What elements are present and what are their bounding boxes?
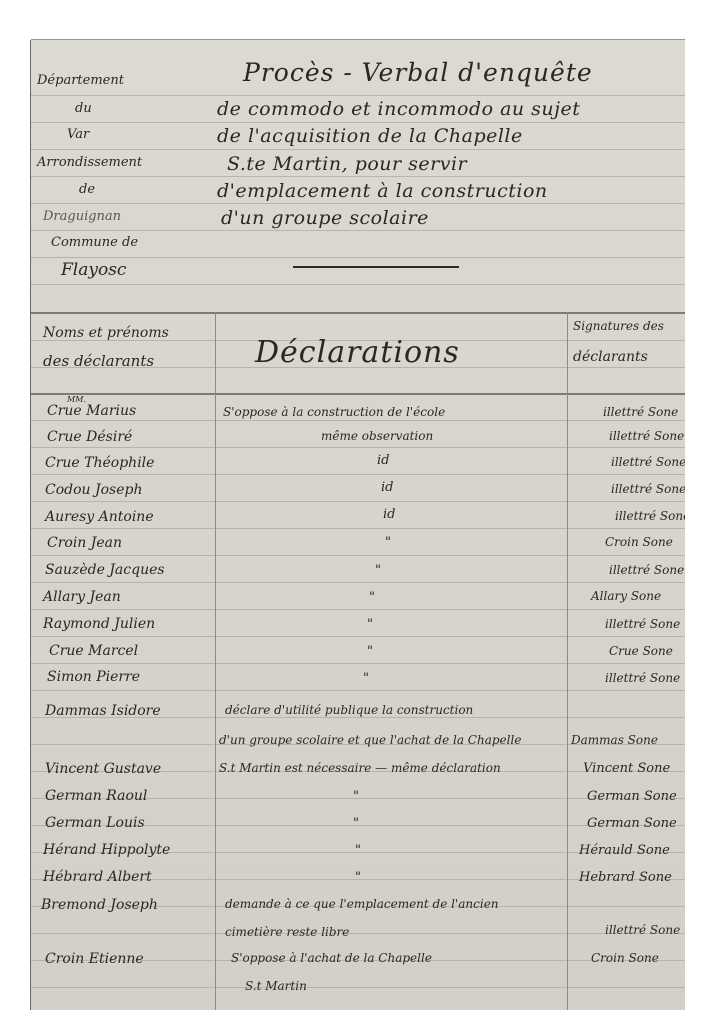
header-signatures-line-1: Signatures des (573, 320, 664, 332)
declaration-text: cimetière reste libre (225, 926, 349, 938)
signature: illettré Sone (615, 510, 685, 522)
title-line-4: S.te Martin, pour servir (227, 155, 467, 174)
signature: illettré Sone (609, 564, 684, 576)
declarant-name: Simon Pierre (47, 670, 140, 684)
commune-value: Flayosc (61, 262, 126, 279)
departement-label: Département (37, 74, 124, 87)
column-divider-names (215, 312, 216, 1010)
declaration-ditto: " (355, 844, 361, 857)
header-declarations: Déclarations (255, 338, 460, 368)
declaration-ditto: " (367, 645, 373, 658)
signature: Vincent Sone (583, 762, 670, 775)
declarant-name: Crue Marius (47, 404, 136, 418)
header-signatures-line-2: déclarants (573, 350, 648, 364)
declarant-name: Codou Joseph (45, 483, 143, 497)
declarant-name: Sauzède Jacques (45, 563, 165, 577)
signature: illettré Sone (605, 924, 680, 936)
header-names-line-1: Noms et prénoms (43, 326, 169, 340)
title-line-3: de l'acquisition de la Chapelle (217, 127, 523, 146)
title-line-2: de commodo et incommodo au sujet (217, 100, 580, 119)
header-names-line-2: des déclarants (43, 354, 154, 369)
title-line-6: d'un groupe scolaire (221, 209, 429, 228)
signature: German Sone (587, 790, 677, 803)
declaration-ditto: " (353, 790, 359, 803)
signature: Hérauld Sone (579, 844, 670, 857)
declaration-text: demande à ce que l'emplacement de l'anci… (225, 898, 499, 910)
declaration-text: d'un groupe scolaire et que l'achat de l… (219, 734, 521, 746)
declarant-name: Vincent Gustave (45, 762, 161, 776)
du-label: du (75, 102, 92, 115)
signature: illettré Sone (611, 483, 685, 495)
declaration-ditto: id (383, 508, 395, 521)
declarant-name: Allary Jean (43, 590, 121, 604)
column-divider-signatures (567, 312, 568, 1010)
title-line-1: Procès - Verbal d'enquête (243, 60, 593, 85)
signature: Croin Sone (605, 536, 673, 548)
departement-value: Var (67, 128, 89, 141)
declarant-name: Hébrard Albert (43, 870, 152, 884)
signature: illettré Sone (603, 406, 678, 418)
declarant-name: Croin Etienne (45, 952, 144, 966)
declaration-ditto: " (355, 871, 361, 884)
declaration-text: déclare d'utilité publique la constructi… (225, 704, 473, 716)
declaration-ditto: " (353, 817, 359, 830)
commune-label: Commune de (51, 236, 138, 249)
declarant-name: Hérand Hippolyte (43, 843, 170, 857)
signature: Crue Sone (609, 645, 673, 657)
declarant-name: Bremond Joseph (41, 898, 158, 912)
title-line-5: d'emplacement à la construction (217, 182, 548, 201)
declaration-text: S.t Martin est nécessaire — même déclara… (219, 762, 501, 774)
declarant-name: German Raoul (45, 789, 147, 803)
signature: German Sone (587, 817, 677, 830)
de-label: de (79, 183, 95, 196)
declarant-name: Crue Marcel (49, 644, 138, 658)
declaration-ditto: " (369, 591, 375, 604)
declaration-ditto: " (367, 618, 373, 631)
signature: illettré Sone (605, 618, 680, 630)
declaration-text: S'oppose à la construction de l'école (223, 406, 445, 418)
arrondissement-value: Draguignan (43, 210, 121, 223)
signature: Hebrard Sone (579, 871, 672, 884)
declarant-name: German Louis (45, 816, 145, 830)
declarant-name: Auresy Antoine (45, 510, 154, 524)
declaration-text: S'oppose à l'achat de la Chapelle (231, 952, 432, 964)
arrondissement-label: Arrondissement (37, 156, 142, 169)
signature: Dammas Sone (571, 734, 658, 746)
declarant-name: Crue Théophile (45, 456, 154, 470)
signature: Allary Sone (591, 590, 661, 602)
signature: illettré Sone (605, 672, 680, 684)
declaration-ditto: id (381, 481, 393, 494)
declaration-ditto: " (375, 564, 381, 577)
declaration-text: même observation (321, 430, 433, 442)
declaration-ditto: " (385, 536, 391, 549)
declaration-ditto: " (363, 672, 369, 685)
document-page: Département du Var Arrondissement de Dra… (31, 40, 685, 1010)
declarant-name: Crue Désiré (47, 430, 132, 444)
declaration-text: S.t Martin (245, 980, 307, 992)
declaration-ditto: id (377, 454, 389, 467)
declarant-name: Dammas Isidore (45, 704, 161, 718)
signature: illettré Sone (609, 430, 684, 442)
declarant-name: Croin Jean (47, 536, 122, 550)
declarant-name: Raymond Julien (43, 617, 155, 631)
title-underline (293, 266, 459, 268)
signature: illettré Sone (611, 456, 685, 468)
signature: Croin Sone (591, 952, 659, 964)
